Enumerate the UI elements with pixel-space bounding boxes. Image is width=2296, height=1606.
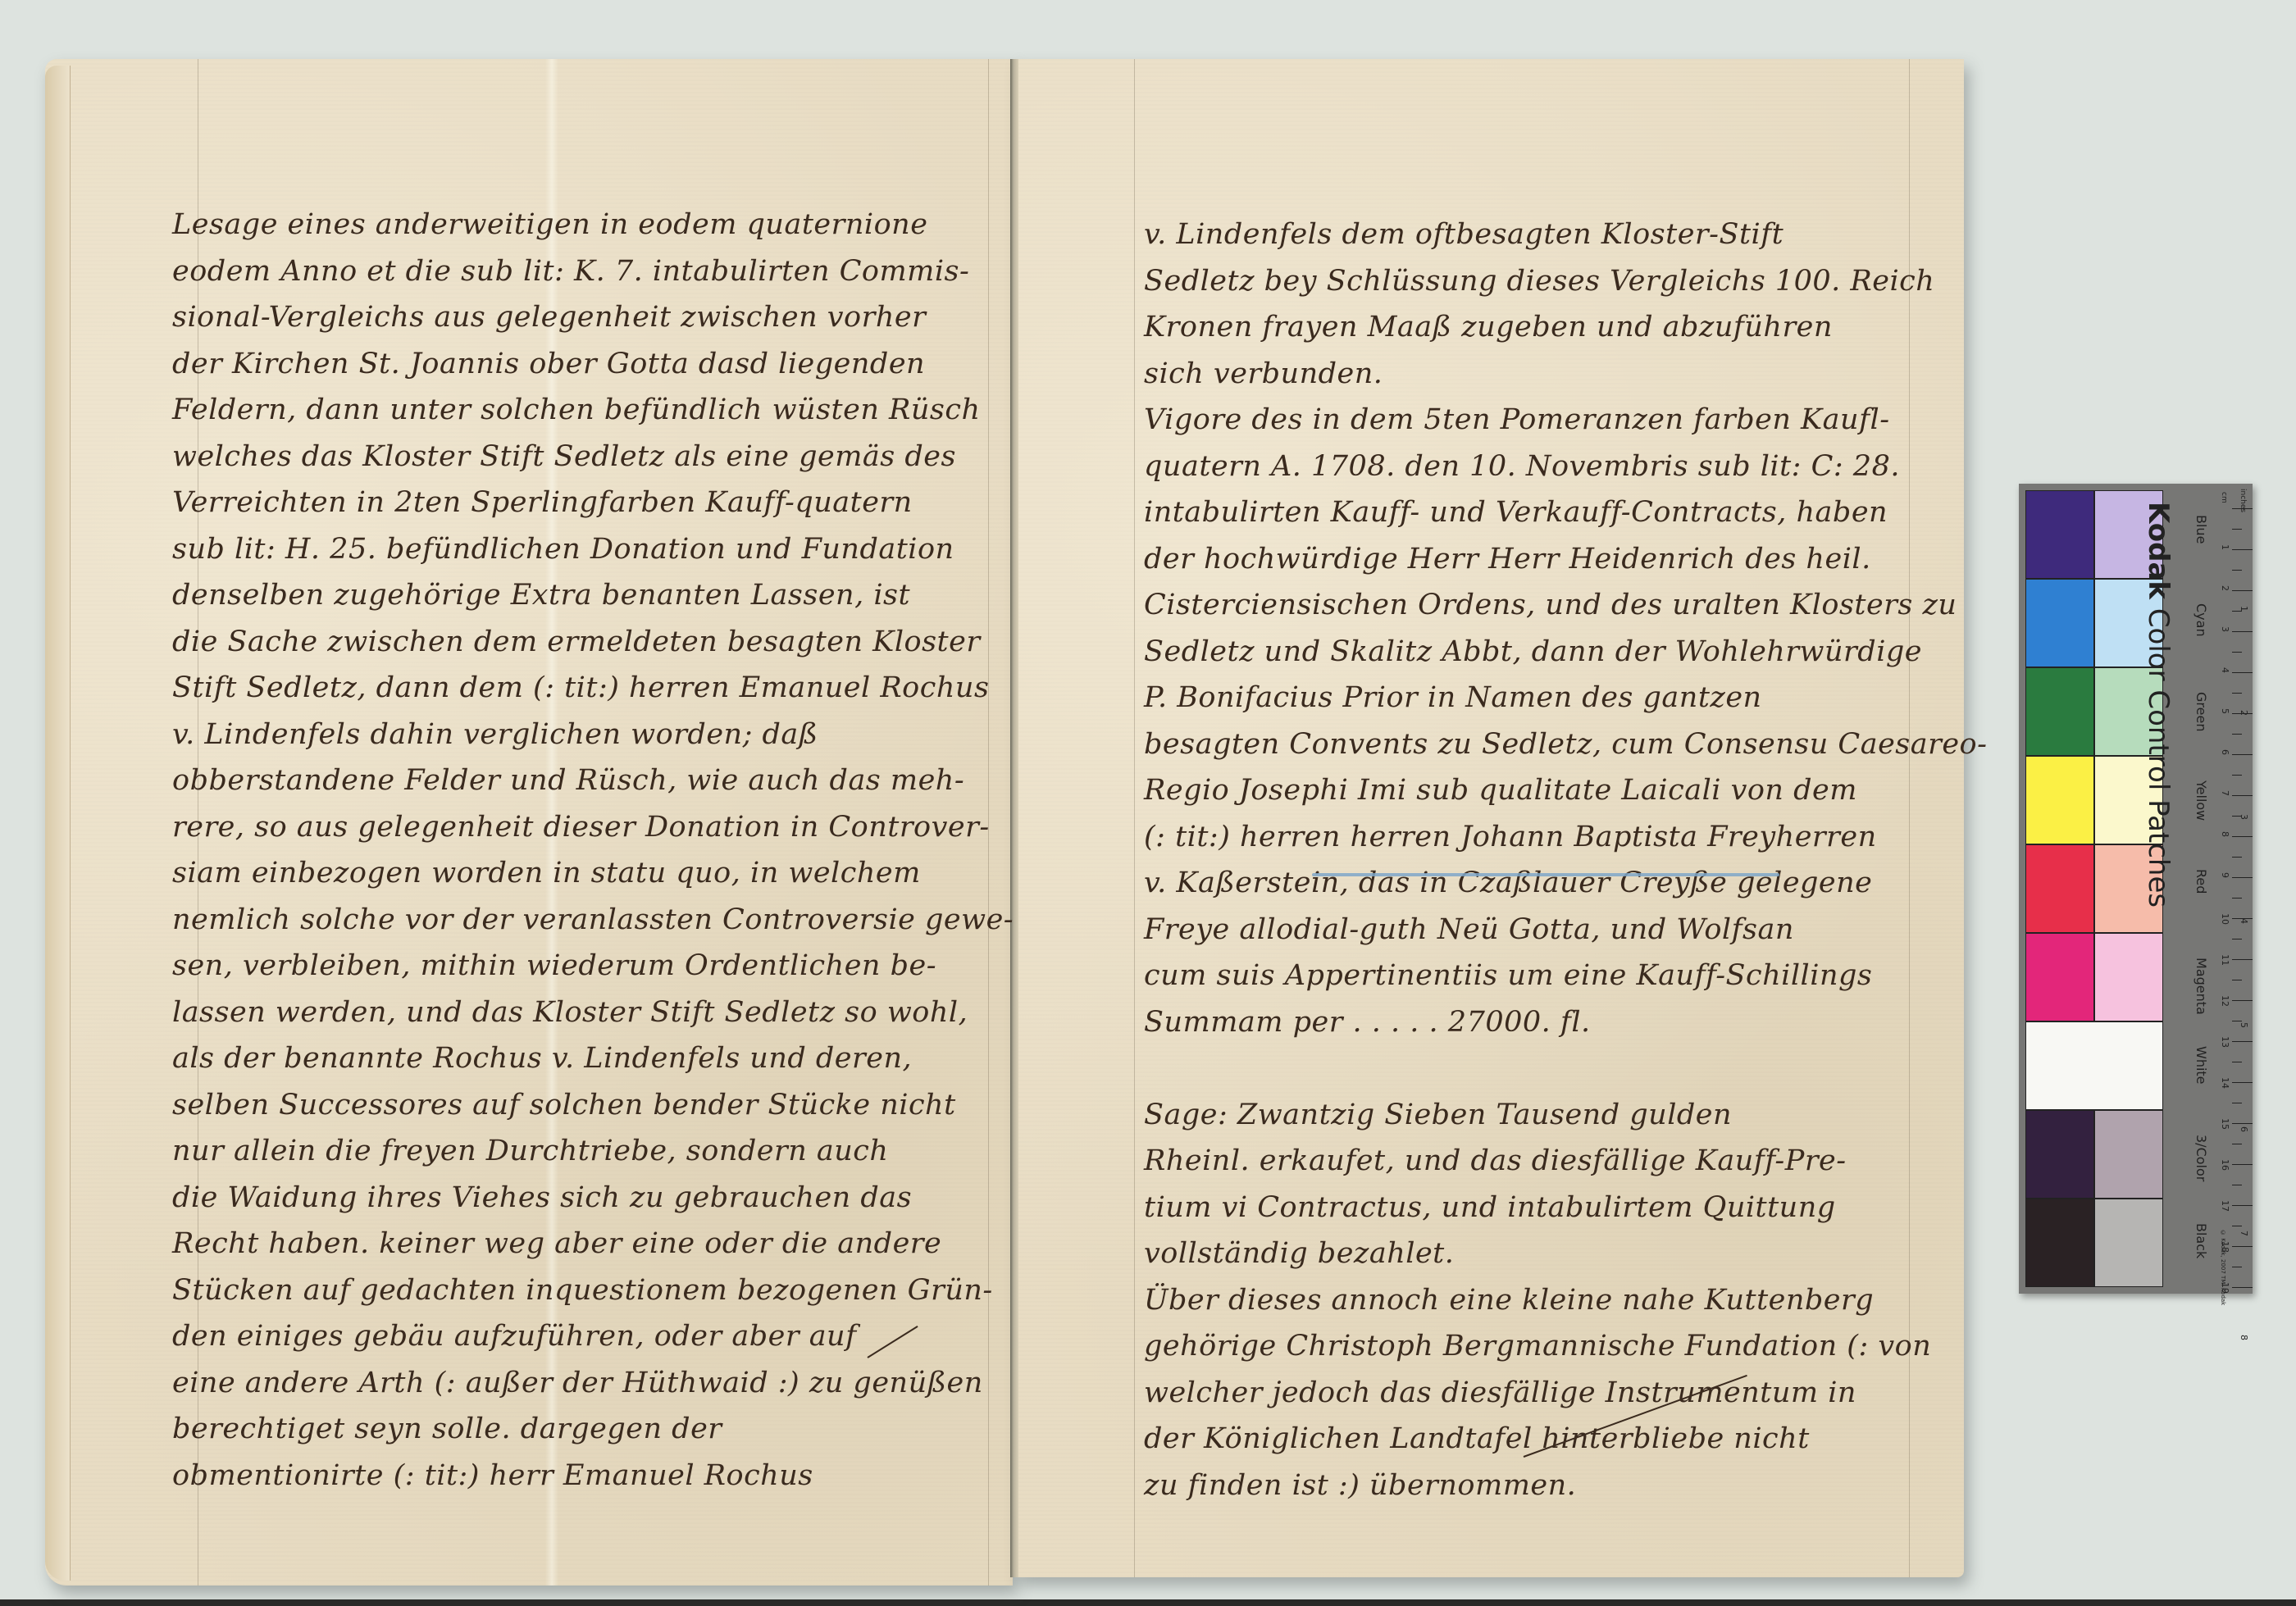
text-line: Freye allodial-guth Neü Gotta, und Wolfs… [1144, 907, 1882, 953]
text-line: lassen werden, und das Kloster Stift Sed… [172, 990, 959, 1036]
cm-tick-label: 12 [2220, 995, 2230, 1007]
text-line: Rheinl. erkaufet, und das diesfällige Ka… [1144, 1138, 1882, 1185]
text-line: intabulirten Kauff- und Verkauff-Contrac… [1144, 489, 1882, 536]
right-page-text: v. Lindenfels dem oftbesagten Kloster-St… [1144, 212, 1882, 1508]
ruler-tick [2232, 1267, 2242, 1267]
cm-tick-label: 11 [2220, 954, 2230, 966]
kodak-color-card: Kodak Color Control Patches BlueCyanGree… [2019, 484, 2253, 1294]
ruler-tick [2232, 1287, 2253, 1288]
patch-red-dark [2025, 844, 2094, 933]
cm-tick-label: 7 [2220, 790, 2230, 796]
ruler-tick [2232, 693, 2242, 694]
text-line: selben Successores auf solchen bender St… [172, 1082, 959, 1129]
cm-tick-label: 8 [2220, 831, 2230, 837]
ruler-tick [2232, 1000, 2253, 1001]
scanner-bottom-edge [0, 1599, 2296, 1606]
ruler-tick [2232, 529, 2242, 530]
cm-tick-label: 10 [2220, 913, 2230, 925]
inch-tick-label: 6 [2239, 1126, 2249, 1132]
ruler-tick [2232, 652, 2242, 653]
text-line: der hochwürdige Herr Herr Heidenrich des… [1144, 536, 1882, 583]
card-title: Kodak Color Control Patches [2142, 502, 2175, 1240]
ruler-tick [2232, 1226, 2242, 1226]
text-line: sich verbunden. [1144, 351, 1882, 398]
text-line: Feldern, dann unter solchen befündlich w… [172, 387, 959, 434]
ruler-tick [2232, 775, 2242, 776]
text-line: v. Lindenfels dem oftbesagten Kloster-St… [1144, 212, 1882, 258]
cm-tick-label: 15 [2220, 1118, 2230, 1130]
text-line: rere, so aus gelegenheit dieser Donation… [172, 804, 959, 851]
text-line: (: tit:) herren herren Johann Baptista F… [1144, 814, 1882, 861]
text-line: als der benannte Rochus v. Lindenfels un… [172, 1035, 959, 1082]
text-line: welcher jedoch das diesfällige Instrumen… [1144, 1370, 1882, 1417]
text-line: v. Lindenfels dahin verglichen worden; d… [172, 712, 959, 758]
ruler-tick [2232, 570, 2242, 571]
text-line: obberstandene Felder und Rüsch, wie auch… [172, 758, 959, 804]
text-line: tium vi Contractus, und intabulirtem Qui… [1144, 1185, 1882, 1231]
cm-tick-label: 14 [2220, 1077, 2230, 1089]
text-line: zu finden ist :) übernommen. [1144, 1463, 1882, 1509]
book-gutter [1010, 59, 1018, 1577]
ruler-tick [2232, 549, 2253, 550]
text-line: Summam per . . . . . 27000. fl. [1144, 999, 1882, 1046]
text-line: v. Kaßerstein, das in Czaßlauer Creyße g… [1144, 860, 1882, 907]
text-line: sional-Vergleichs aus gelegenheit zwisch… [172, 294, 959, 341]
cm-tick-label: 19 [2220, 1282, 2230, 1294]
cm-tick-label: 3 [2220, 626, 2230, 632]
text-line: die Sache zwischen dem ermeldeten besagt… [172, 619, 959, 666]
patch-magenta-dark [2025, 933, 2094, 1021]
ruler-tick [2232, 754, 2253, 755]
text-line: cum suis Appertinentiis um eine Kauff-Sc… [1144, 953, 1882, 999]
ruler-tick [2232, 898, 2242, 899]
text-line: besagten Convents zu Sedletz, cum Consen… [1144, 721, 1882, 768]
text-line: Stücken auf gedachten inquestionem bezog… [172, 1267, 959, 1314]
inch-tick-label: 5 [2239, 1022, 2249, 1028]
ruler-tick [2232, 1082, 2253, 1083]
text-line: Über dieses annoch eine kleine nahe Kutt… [1144, 1277, 1882, 1324]
cm-tick-label: 6 [2220, 749, 2230, 755]
cm-unit-label: cm [2220, 492, 2228, 503]
patch-yellow-dark [2025, 756, 2094, 844]
text-line: Vigore des in dem 5ten Pomeranzen farben… [1144, 397, 1882, 444]
text-line: Recht haben. keiner weg aber eine oder d… [172, 1221, 959, 1267]
text-line: Lesage eines anderweitigen in eodem quat… [172, 202, 959, 248]
text-line: Sage: Zwantzig Sieben Tausend gulden [1144, 1092, 1882, 1139]
ruler-tick [2232, 939, 2242, 939]
text-line: Sedletz und Skalitz Abbt, dann der Wohle… [1144, 629, 1882, 676]
ruler-tick [2232, 1041, 2253, 1042]
text-line: nur allein die freyen Durchtriebe, sonde… [172, 1128, 959, 1175]
text-line: eodem Anno et die sub lit: K. 7. intabul… [172, 248, 959, 295]
ruler-tick [2232, 1164, 2253, 1165]
text-line: welches das Kloster Stift Sedletz als ei… [172, 434, 959, 480]
text-line: gehörige Christoph Bergmannische Fundati… [1144, 1323, 1882, 1370]
ruler-tick [2232, 1123, 2253, 1124]
text-line: sub lit: H. 25. befündlichen Donation un… [172, 526, 959, 573]
ruler-tick [2232, 631, 2253, 632]
ruler-tick [2232, 1185, 2242, 1185]
text-line: berechtiget seyn solle. dargegen der [172, 1406, 959, 1453]
ruler-tick [2232, 795, 2253, 796]
inch-tick-label: 2 [2239, 710, 2249, 716]
text-line: obmentionirte (: tit:) herr Emanuel Roch… [172, 1453, 959, 1499]
ruler-tick [2232, 672, 2253, 673]
ruler-tick [2232, 1246, 2253, 1247]
ruler-tick [2232, 857, 2242, 858]
patch-cyan-dark [2025, 579, 2094, 667]
text-line [1144, 1045, 1882, 1092]
text-line: Regio Josephi Imi sub qualitate Laicali … [1144, 767, 1882, 814]
inch-tick-label: 3 [2239, 814, 2249, 820]
inch-tick-label: 7 [2239, 1231, 2249, 1236]
patch-3-color-dark [2025, 1110, 2094, 1199]
inch-tick-label: 1 [2239, 606, 2249, 612]
text-line: sen, verbleiben, mithin wiederum Ordentl… [172, 943, 959, 990]
text-line: denselben zugehörige Extra benanten Lass… [172, 572, 959, 619]
inch-tick-label: 8 [2239, 1335, 2249, 1340]
text-line: P. Bonifacius Prior in Namen des gantzen [1144, 675, 1882, 721]
card-brand: Kodak [2142, 502, 2175, 599]
text-line: quatern A. 1708. den 10. Novembris sub l… [1144, 444, 1882, 490]
cm-tick-label: 2 [2220, 585, 2230, 591]
ruler-tick [2232, 590, 2253, 591]
text-line: Sedletz bey Schlüssung dieses Vergleichs… [1144, 258, 1882, 305]
right-page-margin-line [1134, 59, 1135, 1577]
cm-tick-label: 18 [2220, 1241, 2230, 1253]
ruler-tick [2232, 1205, 2253, 1206]
card-title-text: Color Control Patches [2142, 608, 2175, 908]
cm-tick-label: 13 [2220, 1036, 2230, 1048]
ruler-tick [2232, 1144, 2242, 1144]
cm-tick-label: 9 [2220, 872, 2230, 878]
cm-tick-label: 4 [2220, 667, 2230, 673]
text-line: die Waidung ihres Viehes sich zu gebrauc… [172, 1175, 959, 1222]
text-line: Cisterciensischen Ordens, und des uralte… [1144, 582, 1882, 629]
text-line: der Kirchen St. Joannis ober Gotta dasd … [172, 341, 959, 388]
patch-green-dark [2025, 667, 2094, 756]
cm-tick-label: 5 [2220, 708, 2230, 714]
patch-blue-dark [2025, 490, 2094, 579]
text-line: eine andere Arth (: außer der Hüthwaid :… [172, 1360, 959, 1407]
ruler-tick [2232, 980, 2242, 980]
stacked-leaf-edges [45, 66, 71, 1581]
ruler-tick [2232, 1021, 2242, 1021]
ruler-tick [2232, 959, 2253, 960]
ruler-tick [2232, 877, 2253, 878]
patch-black-dark [2025, 1199, 2094, 1287]
ruler-tick [2232, 836, 2253, 837]
inch-unit-label: inches [2239, 489, 2247, 512]
ruler-tick [2232, 1103, 2242, 1103]
cm-tick-label: 1 [2220, 544, 2230, 550]
cm-tick-label: 16 [2220, 1159, 2230, 1171]
text-line: Verreichten in 2ten Sperlingfarben Kauff… [172, 480, 959, 526]
ruler-tick [2232, 734, 2242, 735]
ruler-tick [2232, 1062, 2242, 1062]
text-line: Kronen frayen Maaß zugeben und abzuführe… [1144, 304, 1882, 351]
text-line: der Königlichen Landtafel hinterbliebe n… [1144, 1416, 1882, 1463]
pencil-underline [1312, 873, 1779, 876]
text-line: nemlich solche vor der veranlassten Cont… [172, 897, 959, 944]
left-page-text: Lesage eines anderweitigen in eodem quat… [172, 202, 959, 1499]
text-line: vollständig bezahlet. [1144, 1231, 1882, 1277]
cm-tick-label: 17 [2220, 1200, 2230, 1212]
text-line: den einiges gebäu aufzuführen, oder aber… [172, 1313, 959, 1360]
text-line: siam einbezogen worden in statu quo, in … [172, 850, 959, 897]
text-line: Stift Sedletz, dann dem (: tit:) herren … [172, 665, 959, 712]
inch-tick-label: 4 [2239, 918, 2249, 924]
